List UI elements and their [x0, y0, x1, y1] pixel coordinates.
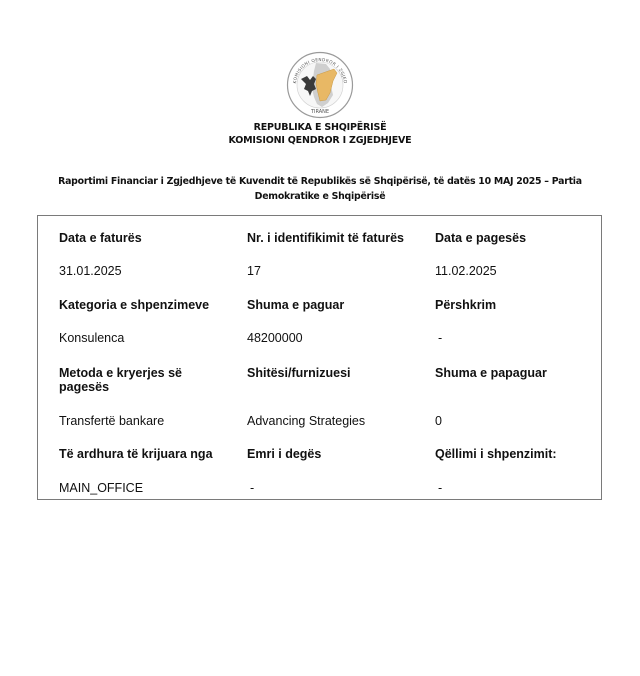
svg-text:TIRANE: TIRANE	[310, 109, 329, 115]
org-commission-name: KOMISIONI QENDROR I ZGJEDHJEVE	[0, 135, 640, 146]
value-income-source: MAIN_OFFICE	[59, 481, 229, 495]
label-payment-date: Data e pagesës	[435, 231, 595, 245]
value-invoice-number: 17	[247, 264, 427, 278]
org-country-name: REPUBLIKA E SHQIPËRISË	[0, 122, 640, 133]
label-invoice-number: Nr. i identifikimit të faturës	[247, 231, 427, 245]
label-invoice-date: Data e faturës	[59, 231, 229, 245]
value-expense-category: Konsulenca	[59, 331, 229, 345]
label-payment-method: Metoda e kryerjes së pagesës	[59, 366, 229, 394]
cec-seal-icon: TIRANE KOMISIONI QENDROR I ZGJEDHJEVE	[286, 51, 354, 119]
label-expense-category: Kategoria e shpenzimeve	[59, 298, 229, 312]
value-amount-unpaid: 0	[435, 414, 595, 428]
value-expense-purpose: -	[435, 481, 598, 495]
value-invoice-date: 31.01.2025	[59, 264, 229, 278]
label-amount-paid: Shuma e paguar	[247, 298, 427, 312]
label-expense-purpose: Qëllimi i shpenzimit:	[435, 447, 595, 461]
value-payment-method: Transfertë bankare	[59, 414, 229, 428]
value-amount-paid: 48200000	[247, 331, 427, 345]
invoice-card: Data e faturës Nr. i identifikimit të fa…	[37, 215, 602, 500]
value-description: -	[435, 331, 598, 345]
label-amount-unpaid: Shuma e papaguar	[435, 366, 595, 380]
value-payment-date: 11.02.2025	[435, 264, 595, 278]
label-branch-name: Emri i degës	[247, 447, 427, 461]
label-income-source: Të ardhura të krijuara nga	[59, 447, 229, 461]
report-title: Raportimi Financiar i Zgjedhjeve të Kuve…	[30, 174, 610, 204]
label-vendor: Shitësi/furnizuesi	[247, 366, 427, 380]
label-description: Përshkrim	[435, 298, 595, 312]
value-vendor: Advancing Strategies	[247, 414, 427, 428]
value-branch-name: -	[247, 481, 430, 495]
